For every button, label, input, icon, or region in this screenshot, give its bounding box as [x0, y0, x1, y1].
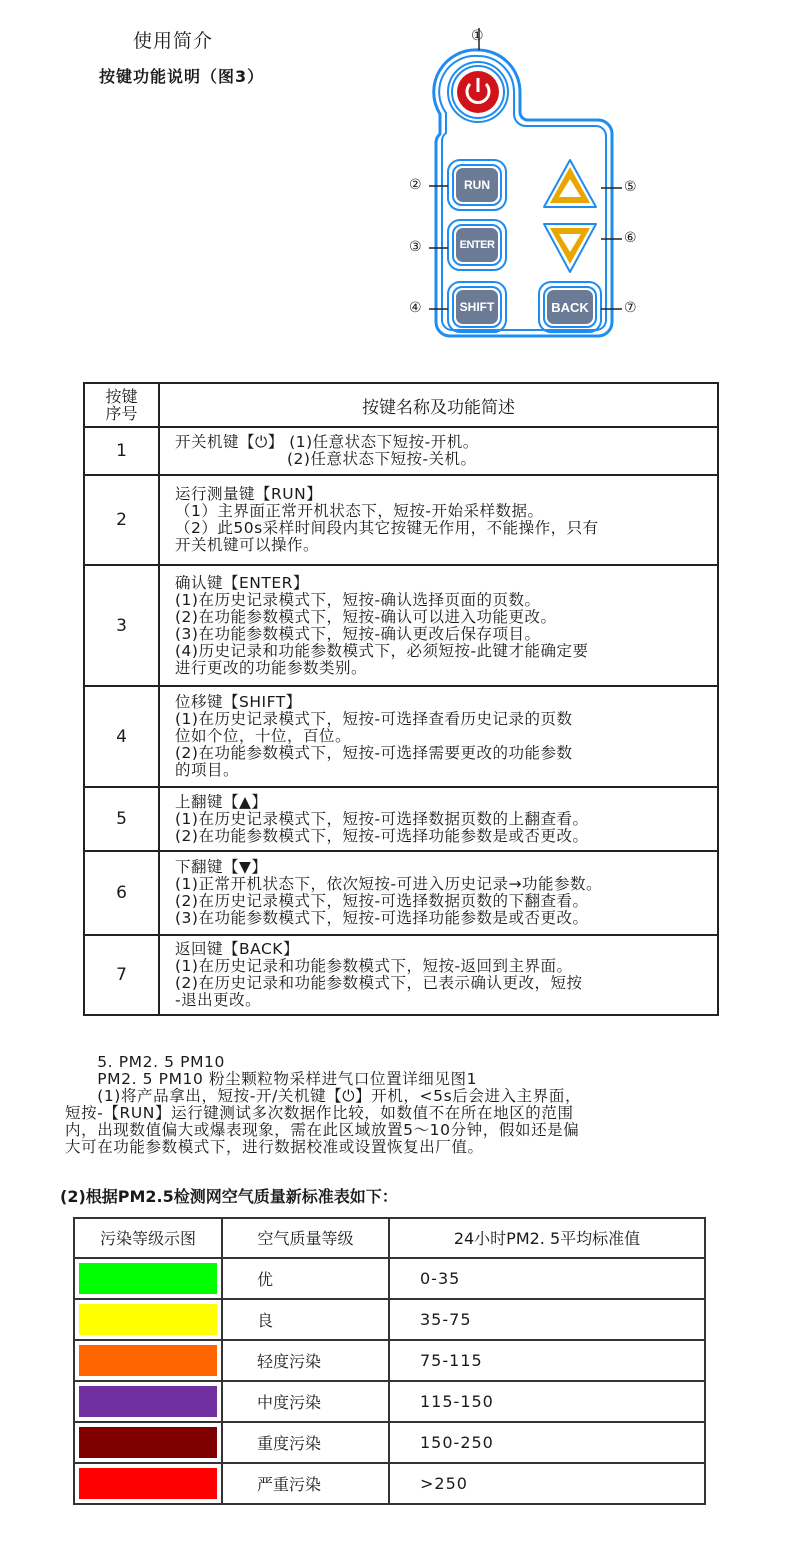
back-key-label: BACK — [547, 300, 593, 315]
desc-line: 位如个位，十位，百位。 — [175, 728, 711, 745]
swatch-cell — [74, 1381, 222, 1422]
pm25-range: 35-75 — [389, 1299, 705, 1340]
para-line: 大可在功能参数模式下，进行数据校准或设置恢复出厂值。 — [65, 1139, 725, 1156]
desc-line: (2)任意状态下短按-关机。 — [175, 451, 711, 468]
callout-1: ① — [471, 28, 484, 44]
table-row: 7 返回键【BACK】 (1)在历史记录和功能参数模式下，短按-返回到主界面。 … — [84, 935, 718, 1015]
row-number: 7 — [84, 935, 159, 1015]
pm25-range: 75-115 — [389, 1340, 705, 1381]
desc-line: (2)在历史记录和功能参数模式下，已表示确认更改，短按 — [175, 975, 711, 992]
desc-line: 的项目。 — [175, 762, 711, 779]
quality-level: 轻度污染 — [222, 1340, 389, 1381]
row-number: 6 — [84, 851, 159, 935]
desc-line: （1）主界面正常开机状态下，短按-开始采样数据。 — [175, 503, 711, 520]
standard-title: (2)根据PM2.5检测网空气质量新标准表如下： — [60, 1184, 398, 1207]
callout-2: ② — [409, 177, 422, 193]
row-description: 位移键【SHIFT】 (1)在历史记录模式下，短按-可选择查看历史记录的页数 位… — [159, 686, 718, 787]
section-title: 按键功能说明（图3） — [99, 64, 264, 87]
desc-line: (2)在功能参数模式下，短按-确认可以进入功能更改。 — [175, 609, 711, 626]
callout-5: ⑤ — [624, 179, 637, 195]
swatch-cell — [74, 1340, 222, 1381]
quality-level: 良 — [222, 1299, 389, 1340]
swatch-cell — [74, 1258, 222, 1299]
row-number: 1 — [84, 427, 159, 475]
table-row: 1 开关机键【⏻】 (1)任意状态下短按-开机。 (2)任意状态下短按-关机。 — [84, 427, 718, 475]
pm25-range: 115-150 — [389, 1381, 705, 1422]
row-description: 开关机键【⏻】 (1)任意状态下短按-开机。 (2)任意状态下短按-关机。 — [159, 427, 718, 475]
callout-7: ⑦ — [624, 300, 637, 316]
air-quality-table: 污染等级示图 空气质量等级 24小时PM2. 5平均标准值 优 0-35 良 3… — [73, 1217, 706, 1505]
desc-line: 上翻键【▲】 — [175, 794, 711, 811]
key-function-table: 按键 序号 按键名称及功能简述 1 开关机键【⏻】 (1)任意状态下短按-开机。… — [83, 382, 719, 1016]
table-row: 4 位移键【SHIFT】 (1)在历史记录模式下，短按-可选择查看历史记录的页数… — [84, 686, 718, 787]
key-table-header: 按键 序号 按键名称及功能简述 — [84, 383, 718, 427]
quality-level: 严重污染 — [222, 1463, 389, 1504]
row-number: 2 — [84, 475, 159, 565]
index-header-line2: 序号 — [85, 405, 158, 422]
row-description: 确认键【ENTER】 (1)在历史记录模式下，短按-确认选择页面的页数。 (2)… — [159, 565, 718, 686]
desc-line: (2)在功能参数模式下，短按-可选择需要更改的功能参数 — [175, 745, 711, 762]
row-description: 下翻键【▼】 (1)正常开机状态下，依次短按-可进入历史记录→功能参数。 (2)… — [159, 851, 718, 935]
pm25-range: 0-35 — [389, 1258, 705, 1299]
callout-3: ③ — [409, 239, 422, 255]
index-header: 按键 序号 — [84, 383, 159, 427]
desc-line: 确认键【ENTER】 — [175, 575, 711, 592]
desc-line: (1)在历史记录模式下，短按-确认选择页面的页数。 — [175, 592, 711, 609]
row-description: 运行测量键【RUN】 （1）主界面正常开机状态下，短按-开始采样数据。 （2）此… — [159, 475, 718, 565]
desc-line: 开关机键【⏻】 (1)任意状态下短按-开机。 — [175, 434, 711, 451]
index-header-line1: 按键 — [85, 388, 158, 405]
color-swatch-heavy — [79, 1427, 217, 1458]
desc-line: （2）此50s采样时间段内其它按键无作用，不能操作，只有 — [175, 520, 711, 537]
pm25-range: 150-250 — [389, 1422, 705, 1463]
desc-line: -退出更改。 — [175, 992, 711, 1009]
desc-line: 运行测量键【RUN】 — [175, 486, 711, 503]
header-pm25-standard: 24小时PM2. 5平均标准值 — [389, 1218, 705, 1258]
row-number: 3 — [84, 565, 159, 686]
pm25-range: >250 — [389, 1463, 705, 1504]
desc-line: 进行更改的功能参数类别。 — [175, 660, 711, 677]
desc-line: 位移键【SHIFT】 — [175, 694, 711, 711]
para-line: 短按-【RUN】运行键测试多次数据作比较，如数值不在所在地区的范围 — [65, 1105, 725, 1122]
row-number: 5 — [84, 787, 159, 851]
header-level-chart: 污染等级示图 — [74, 1218, 222, 1258]
desc-line: 下翻键【▼】 — [175, 859, 711, 876]
intro-title: 使用简介 — [133, 26, 213, 53]
callout-4: ④ — [409, 300, 422, 316]
quality-level: 优 — [222, 1258, 389, 1299]
callout-6: ⑥ — [624, 230, 637, 246]
para-line: (1)将产品拿出，短按-开/关机键【⏻】开机，<5s后会进入主界面， — [65, 1088, 725, 1105]
para-line: PM2. 5 PM10 粉尘颗粒物采样进气口位置详细见图1 — [65, 1071, 725, 1088]
table-row: 良 35-75 — [74, 1299, 705, 1340]
quality-level: 中度污染 — [222, 1381, 389, 1422]
table-row: 重度污染 150-250 — [74, 1422, 705, 1463]
desc-line: (1)在历史记录模式下，短按-可选择查看历史记录的页数 — [175, 711, 711, 728]
desc-line: (4)历史记录和功能参数模式下，必须短按-此键才能确定要 — [175, 643, 711, 660]
desc-line: (1)在历史记录和功能参数模式下，短按-返回到主界面。 — [175, 958, 711, 975]
run-key-label: RUN — [456, 178, 498, 192]
table-row: 3 确认键【ENTER】 (1)在历史记录模式下，短按-确认选择页面的页数。 (… — [84, 565, 718, 686]
desc-line: (3)在功能参数模式下，短按-确认更改后保存项目。 — [175, 626, 711, 643]
table-row: 2 运行测量键【RUN】 （1）主界面正常开机状态下，短按-开始采样数据。 （2… — [84, 475, 718, 565]
table-row: 优 0-35 — [74, 1258, 705, 1299]
color-swatch-severe — [79, 1468, 217, 1499]
table-row: 中度污染 115-150 — [74, 1381, 705, 1422]
shift-key-label: SHIFT — [456, 300, 498, 314]
color-swatch-moderate — [79, 1386, 217, 1417]
table-row: 轻度污染 75-115 — [74, 1340, 705, 1381]
row-description: 返回键【BACK】 (1)在历史记录和功能参数模式下，短按-返回到主界面。 (2… — [159, 935, 718, 1015]
row-number: 4 — [84, 686, 159, 787]
para-line: 内，出现数值偏大或爆表现象，需在此区域放置5～10分钟，假如还是偏 — [65, 1122, 725, 1139]
swatch-cell — [74, 1422, 222, 1463]
swatch-cell — [74, 1463, 222, 1504]
table-row: 5 上翻键【▲】 (1)在历史记录模式下，短按-可选择数据页数的上翻查看。 (2… — [84, 787, 718, 851]
desc-line: 返回键【BACK】 — [175, 941, 711, 958]
keypad-diagram: ① ② ③ ④ ⑤ ⑥ ⑦ RUN ENTER SHIFT BACK — [400, 20, 660, 350]
desc-line: (1)正常开机状态下，依次短按-可进入历史记录→功能参数。 — [175, 876, 711, 893]
quality-level: 重度污染 — [222, 1422, 389, 1463]
desc-line: 开关机键可以操作。 — [175, 537, 711, 554]
color-swatch-light — [79, 1345, 217, 1376]
para-line: 5. PM2. 5 PM10 — [65, 1054, 725, 1071]
color-swatch-good — [79, 1304, 217, 1335]
table-row: 严重污染 >250 — [74, 1463, 705, 1504]
header-quality-level: 空气质量等级 — [222, 1218, 389, 1258]
description-header: 按键名称及功能简述 — [159, 383, 718, 427]
enter-key-label: ENTER — [456, 239, 498, 251]
color-swatch-excellent — [79, 1263, 217, 1294]
desc-line: (1)在历史记录模式下，短按-可选择数据页数的上翻查看。 — [175, 811, 711, 828]
table-row: 6 下翻键【▼】 (1)正常开机状态下，依次短按-可进入历史记录→功能参数。 (… — [84, 851, 718, 935]
row-description: 上翻键【▲】 (1)在历史记录模式下，短按-可选择数据页数的上翻查看。 (2)在… — [159, 787, 718, 851]
desc-line: (2)在功能参数模式下，短按-可选择功能参数是或否更改。 — [175, 828, 711, 845]
pm-instructions: 5. PM2. 5 PM10 PM2. 5 PM10 粉尘颗粒物采样进气口位置详… — [65, 1054, 725, 1156]
aqi-header-row: 污染等级示图 空气质量等级 24小时PM2. 5平均标准值 — [74, 1218, 705, 1258]
desc-line: (3)在功能参数模式下，短按-可选择功能参数是或否更改。 — [175, 910, 711, 927]
desc-line: (2)在历史记录模式下，短按-可选择数据页数的下翻查看。 — [175, 893, 711, 910]
swatch-cell — [74, 1299, 222, 1340]
